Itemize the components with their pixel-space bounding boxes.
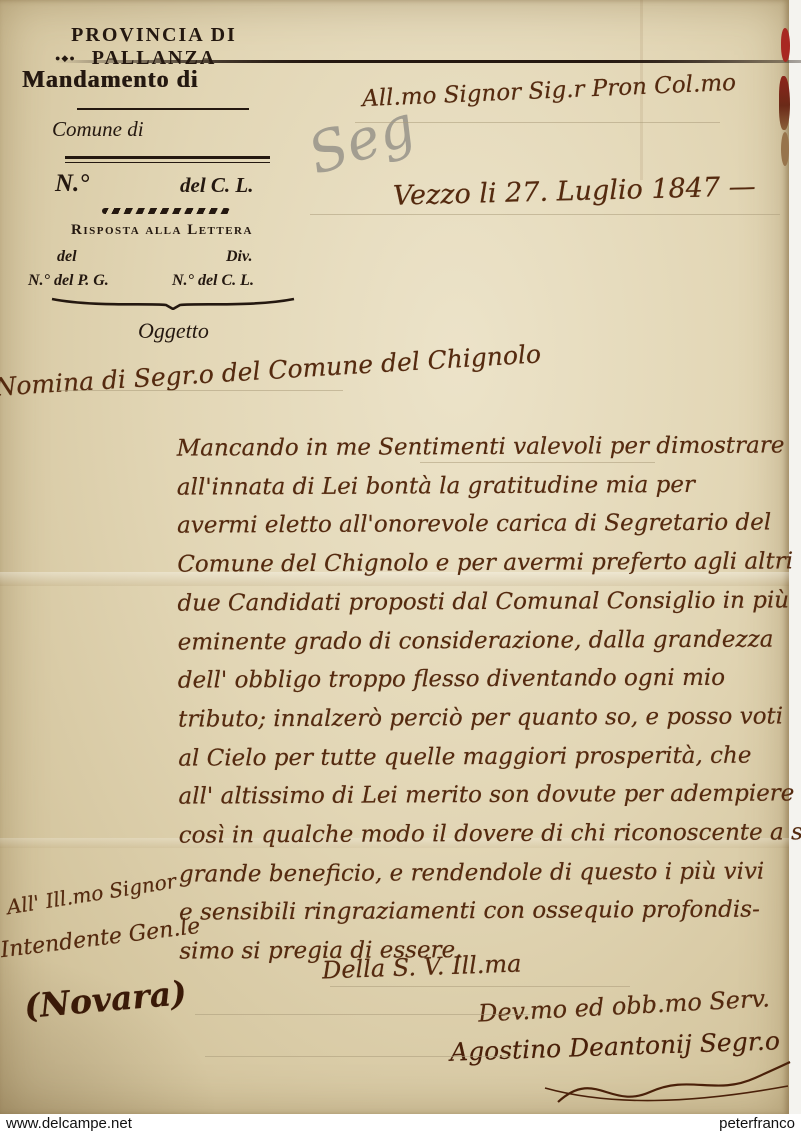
- ruling-line: [205, 1056, 510, 1057]
- double-rule-line: [65, 156, 270, 163]
- ornament-rule: ●◆●: [55, 54, 290, 63]
- ruling-line: [355, 122, 720, 123]
- watermark-left: www.delcampe.net: [6, 1115, 132, 1132]
- pencil-annotation: Seg: [301, 93, 423, 188]
- scanned-letter-page: PROVINCIA DI PALLANZA ●◆● Mandamento di …: [0, 0, 801, 1133]
- oggetto-label: Oggetto: [138, 318, 209, 344]
- valediction: Dev.mo ed obb.mo Serv.: [477, 984, 770, 1027]
- ruling-line: [420, 462, 655, 463]
- body-line: così in qualche modo il dovere di chi ri…: [179, 813, 794, 855]
- printed-letterhead: PROVINCIA DI PALLANZA ●◆● Mandamento di …: [10, 20, 300, 360]
- margin-recipient-line-1: All' Ill.mo Signor: [5, 869, 178, 919]
- mandamento-label: Mandamento di: [22, 67, 198, 94]
- body-line: all' altissimo di Lei merito son dovute …: [178, 775, 793, 817]
- wax-seal-remnant: [779, 76, 790, 130]
- ruling-line: [58, 390, 343, 391]
- signature-flourish: [540, 1058, 795, 1113]
- rule-line: [77, 108, 249, 110]
- del-label: del: [57, 248, 77, 266]
- body-line: avermi eletto all'onorevole carica di Se…: [177, 504, 792, 546]
- numero-label: N.°: [55, 170, 89, 198]
- brace-ornament: [48, 294, 298, 310]
- body-line: e sensibili ringraziamenti con ossequio …: [179, 891, 794, 933]
- risposta-label: Risposta alla Lettera: [62, 222, 262, 239]
- body-line: al Cielo per tutte quelle maggiori prosp…: [178, 736, 793, 778]
- body-line: tributo; innalzerò perciò per quanto so,…: [178, 697, 793, 739]
- ruling-line: [330, 986, 630, 987]
- div-label: Div.: [226, 248, 253, 266]
- province-title: PROVINCIA DI PALLANZA: [10, 24, 298, 70]
- body-line: dell' obbligo troppo flesso diventando o…: [178, 659, 793, 701]
- body-line: eminente grado di considerazione, dalla …: [178, 620, 793, 662]
- n-del-pg-label: N.° del P. G.: [28, 272, 109, 290]
- watermark-right: peterfranco: [719, 1115, 795, 1132]
- handwritten-recipient-honorific: All.mo Signor Sig.r Pron Col.mo: [362, 70, 737, 112]
- letter-body: Mancando in me Sentimenti valevoli per d…: [177, 426, 795, 971]
- body-line: all'innata di Lei bontà la gratitudine m…: [177, 465, 792, 507]
- closing-salutation: Della S. V. Ill.ma: [322, 950, 522, 985]
- ruling-line: [195, 1014, 530, 1015]
- n-del-cl-label: N.° del C. L.: [172, 272, 254, 290]
- del-cl-label: del C. L.: [180, 173, 254, 198]
- body-line: due Candidati proposti dal Comunal Consi…: [177, 581, 792, 623]
- dashed-ornament-line: [102, 208, 230, 214]
- ruling-line: [310, 214, 780, 215]
- body-line: grande beneficio, e rendendole di questo…: [179, 852, 794, 894]
- watermark-bar: www.delcampe.net peterfranco: [0, 1114, 801, 1133]
- handwritten-dateline: Vezzo li 27. Luglio 1847 —: [393, 171, 756, 211]
- body-line: Comune del Chignolo e per avermi prefert…: [177, 543, 792, 585]
- letter-paper: PROVINCIA DI PALLANZA ●◆● Mandamento di …: [0, 0, 789, 1115]
- wax-seal-remnant: [781, 132, 789, 166]
- wax-seal-remnant: [781, 28, 790, 62]
- comune-label: Comune di: [52, 117, 144, 142]
